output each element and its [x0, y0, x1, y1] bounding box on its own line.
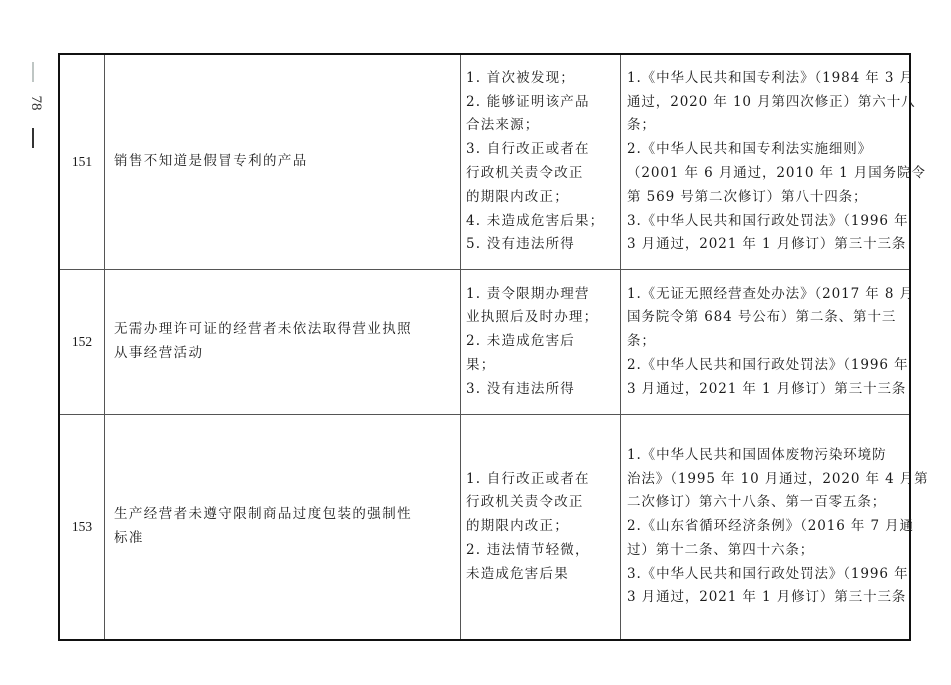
basis-line: 通过，2020 年 10 月第四次修正）第六十八	[627, 91, 904, 115]
condition-line: 的期限内改正；	[466, 186, 616, 210]
violation-description: 销售不知道是假冒专利的产品	[105, 54, 461, 270]
condition-line: 2. 未造成危害后	[466, 330, 616, 354]
violation-description: 无需办理许可证的经营者未依法取得营业执照 从事经营活动	[105, 270, 461, 415]
basis-line: 1.《中华人民共和国固体废物污染环境防	[627, 444, 904, 468]
page-number-dash-top	[32, 62, 34, 82]
exemption-conditions: 1. 责令限期办理营 业执照后及时办理； 2. 未造成危害后 果； 3. 没有违…	[461, 270, 621, 415]
condition-line: 4. 未造成危害后果；	[466, 210, 616, 234]
basis-line: 2.《山东省循环经济条例》（2016 年 7 月通	[627, 515, 904, 539]
basis-line: 治法》（1995 年 10 月通过，2020 年 4 月第	[627, 468, 904, 492]
page-number-dash-bottom	[32, 128, 34, 148]
basis-line: 国务院令第 684 号公布）第二条、第十三	[627, 306, 904, 330]
page-number-marker: 78	[18, 62, 48, 152]
basis-line: 过）第十二条、第四十六条；	[627, 539, 904, 563]
table-row: 153 生产经营者未遵守限制商品过度包装的强制性 标准 1. 自行改正或者在 行…	[59, 415, 910, 641]
condition-line: 1. 首次被发现；	[466, 67, 616, 91]
basis-line: 3.《中华人民共和国行政处罚法》（1996 年	[627, 210, 904, 234]
violation-description: 生产经营者未遵守限制商品过度包装的强制性 标准	[105, 415, 461, 641]
basis-line: 第 569 号第二次修订）第八十四条；	[627, 186, 904, 210]
condition-line: 3. 没有违法所得	[466, 378, 616, 402]
table-row: 151 销售不知道是假冒专利的产品 1. 首次被发现； 2. 能够证明该产品 合…	[59, 54, 910, 270]
basis-line: 二次修订）第六十八条、第一百零五条；	[627, 491, 904, 515]
basis-line: 3 月通过，2021 年 1 月修订）第三十三条	[627, 233, 904, 257]
description-line: 标准	[114, 527, 454, 551]
row-number: 153	[59, 415, 105, 641]
condition-line: 1. 责令限期办理营	[466, 283, 616, 307]
condition-line: 2. 能够证明该产品	[466, 91, 616, 115]
condition-line: 2. 违法情节轻微，	[466, 539, 616, 563]
exemption-conditions: 1. 自行改正或者在 行政机关责令改正 的期限内改正； 2. 违法情节轻微， 未…	[461, 415, 621, 641]
condition-line: 3. 自行改正或者在	[466, 138, 616, 162]
basis-line: 2.《中华人民共和国行政处罚法》（1996 年	[627, 354, 904, 378]
legal-basis: 1.《无证无照经营查处办法》（2017 年 8 月 国务院令第 684 号公布）…	[621, 270, 911, 415]
basis-line: 3.《中华人民共和国行政处罚法》（1996 年	[627, 563, 904, 587]
basis-line: 3 月通过，2021 年 1 月修订）第三十三条	[627, 378, 904, 402]
exemption-table: 151 销售不知道是假冒专利的产品 1. 首次被发现； 2. 能够证明该产品 合…	[58, 53, 911, 641]
condition-line: 行政机关责令改正	[466, 162, 616, 186]
condition-line: 业执照后及时办理；	[466, 306, 616, 330]
legal-basis: 1.《中华人民共和国固体废物污染环境防 治法》（1995 年 10 月通过，20…	[621, 415, 911, 641]
basis-line: 1.《中华人民共和国专利法》（1984 年 3 月	[627, 67, 904, 91]
basis-line: 条；	[627, 330, 904, 354]
basis-line: 3 月通过，2021 年 1 月修订）第三十三条	[627, 586, 904, 610]
basis-line: 2.《中华人民共和国专利法实施细则》	[627, 138, 904, 162]
basis-line: 条；	[627, 114, 904, 138]
description-line: 销售不知道是假冒专利的产品	[114, 150, 454, 174]
description-line: 从事经营活动	[114, 342, 454, 366]
description-line: 生产经营者未遵守限制商品过度包装的强制性	[114, 503, 454, 527]
condition-line: 果；	[466, 354, 616, 378]
row-number: 152	[59, 270, 105, 415]
legal-basis: 1.《中华人民共和国专利法》（1984 年 3 月 通过，2020 年 10 月…	[621, 54, 911, 270]
condition-line: 的期限内改正；	[466, 515, 616, 539]
condition-line: 1. 自行改正或者在	[466, 468, 616, 492]
table-row: 152 无需办理许可证的经营者未依法取得营业执照 从事经营活动 1. 责令限期办…	[59, 270, 910, 415]
description-line: 无需办理许可证的经营者未依法取得营业执照	[114, 318, 454, 342]
basis-line: （2001 年 6 月通过，2010 年 1 月国务院令	[627, 162, 904, 186]
exemption-conditions: 1. 首次被发现； 2. 能够证明该产品 合法来源； 3. 自行改正或者在 行政…	[461, 54, 621, 270]
condition-line: 行政机关责令改正	[466, 491, 616, 515]
basis-line: 1.《无证无照经营查处办法》（2017 年 8 月	[627, 283, 904, 307]
condition-line: 合法来源；	[466, 114, 616, 138]
condition-line: 5. 没有违法所得	[466, 233, 616, 257]
condition-line: 未造成危害后果	[466, 563, 616, 587]
page-number: 78	[20, 93, 46, 113]
row-number: 151	[59, 54, 105, 270]
